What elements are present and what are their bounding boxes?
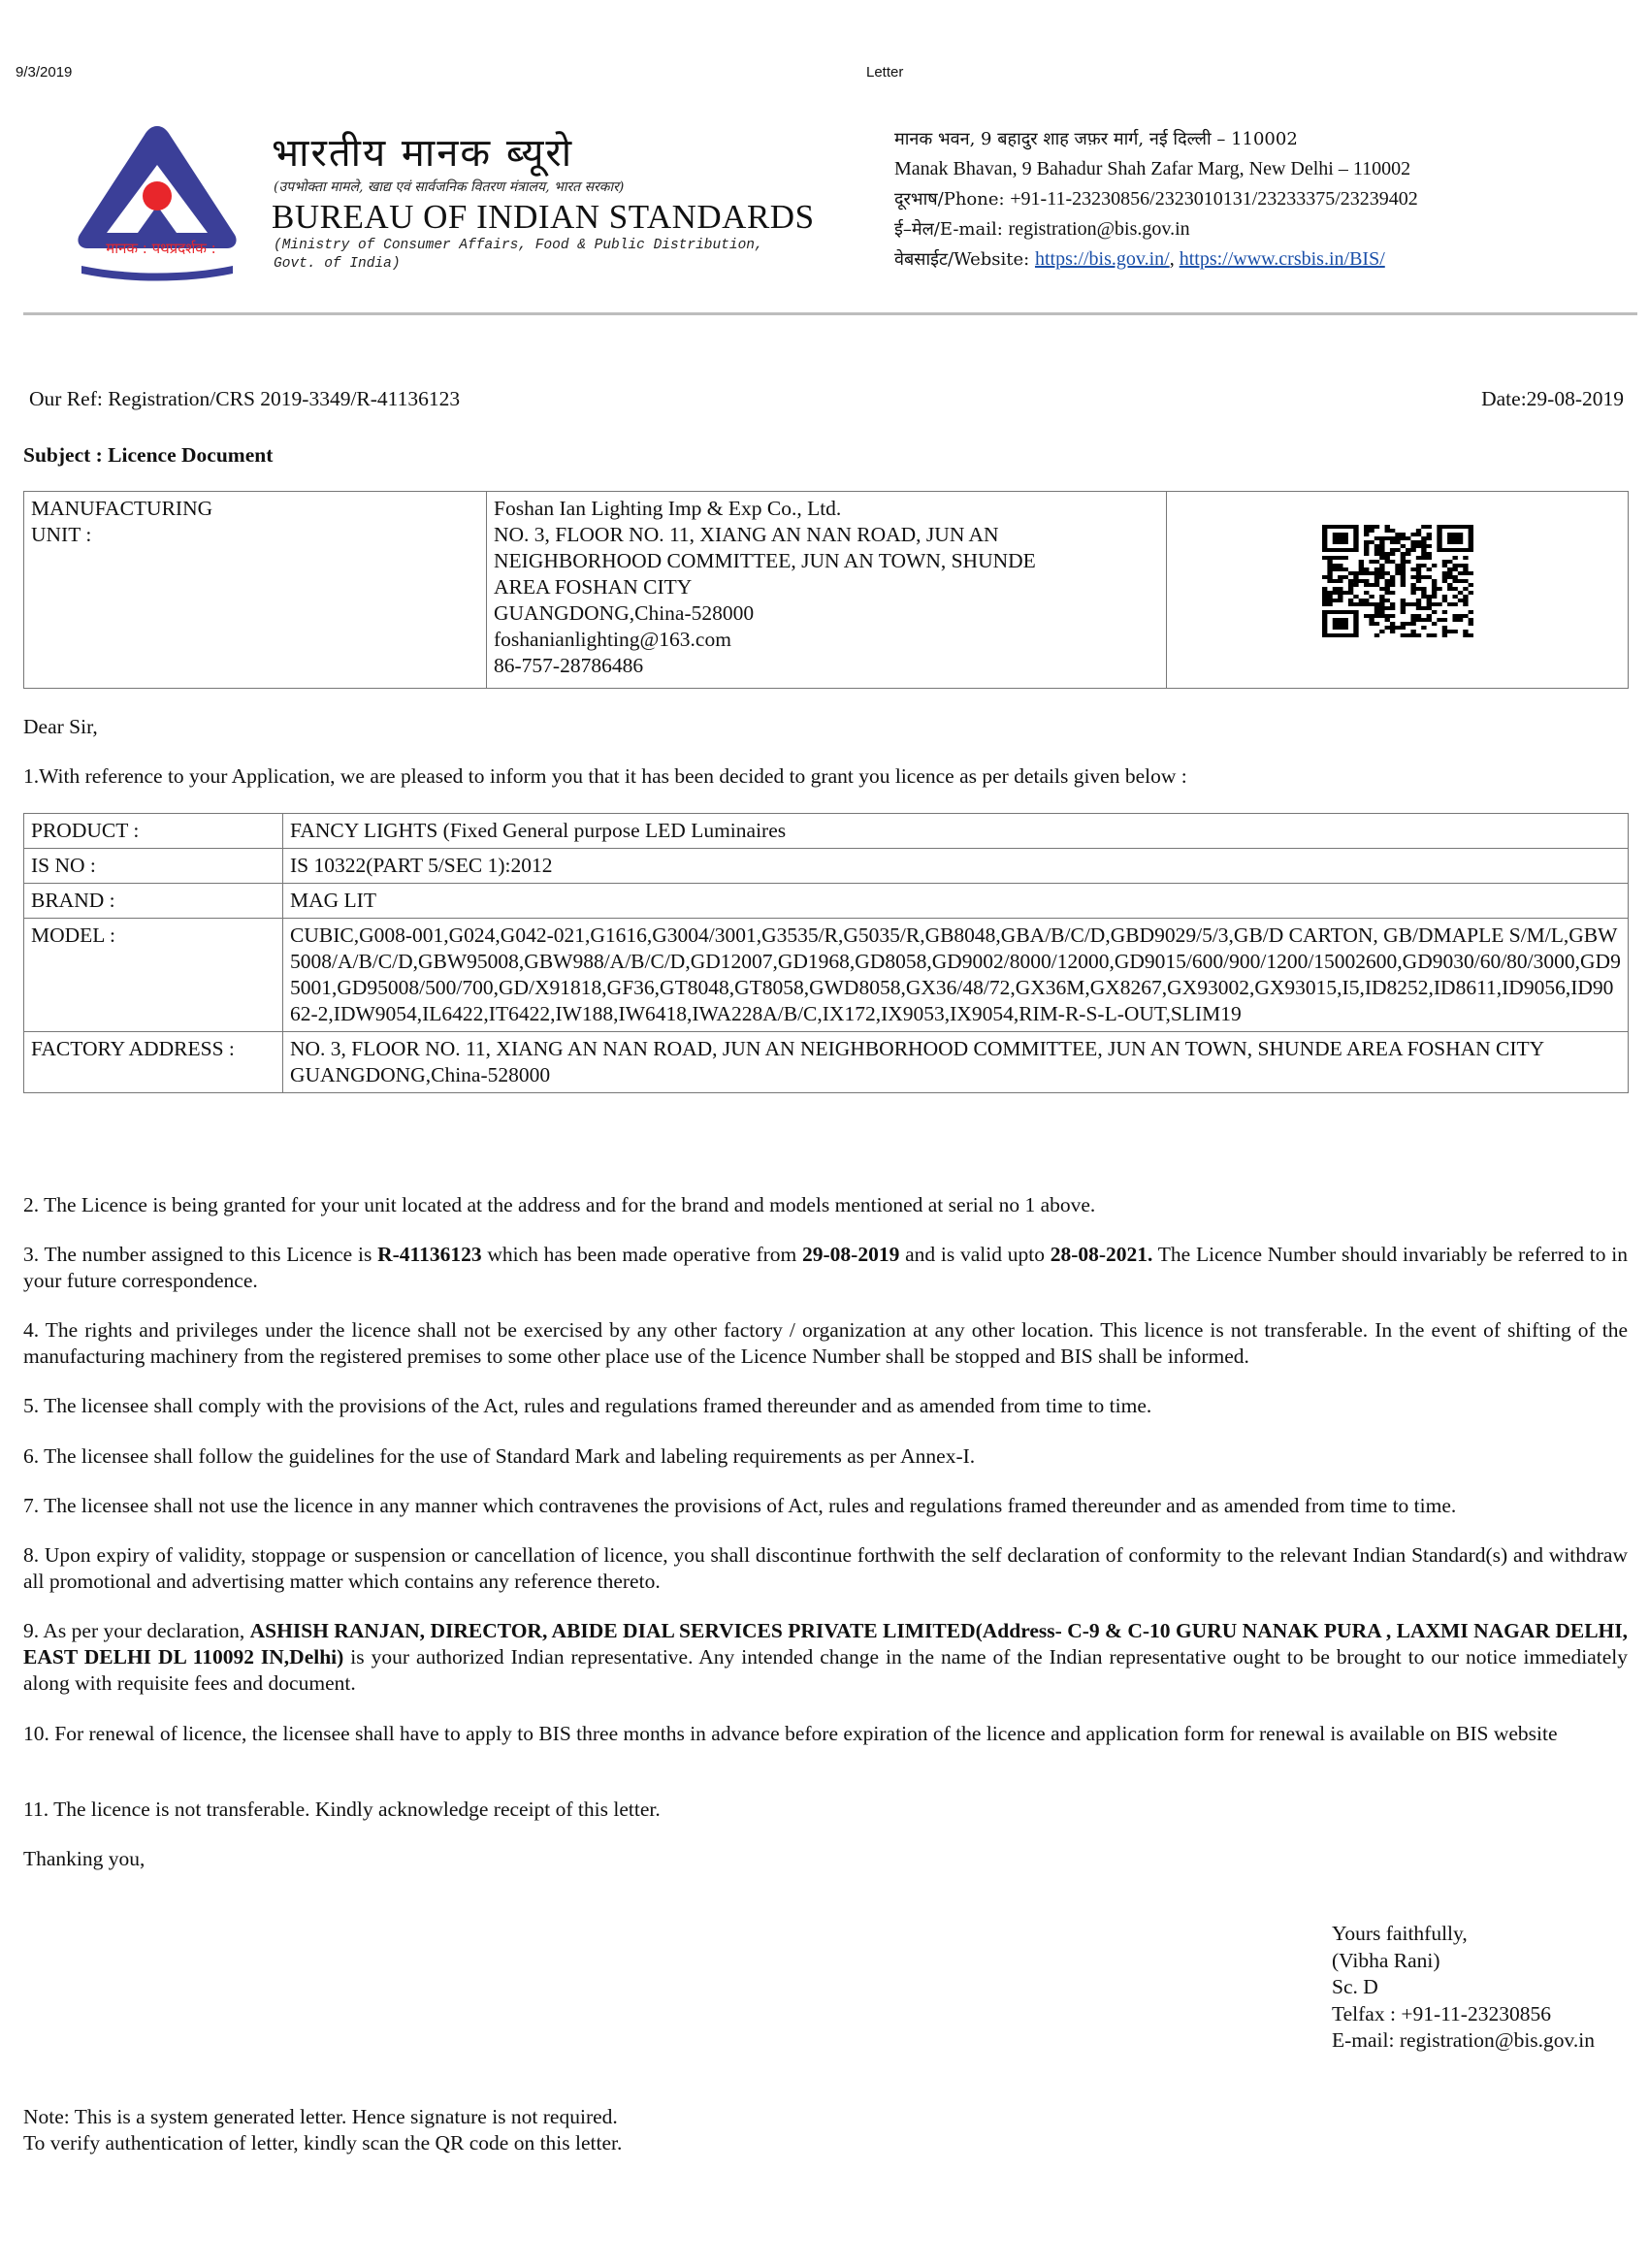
mfg-label-line-2: UNIT : <box>31 522 479 548</box>
product-label: PRODUCT : <box>24 814 283 849</box>
signatory-email: E-mail: registration@bis.gov.in <box>1332 2027 1595 2055</box>
factory-address-line-2: GUANGDONG,China-528000 <box>290 1062 1621 1088</box>
paragraph-9: 9. As per your declaration, ASHISH RANJA… <box>23 1618 1628 1697</box>
ministry-line: (Ministry of Consumer Affairs, Food & Pu… <box>274 237 763 274</box>
paragraph-6: 6. The licensee shall follow the guideli… <box>23 1443 1628 1470</box>
note-line-1: Note: This is a system generated letter.… <box>23 2104 622 2130</box>
print-date: 9/3/2019 <box>16 64 72 81</box>
paragraph-8: 8. Upon expiry of validity, stoppage or … <box>23 1542 1628 1595</box>
manufacturing-unit-table: MANUFACTURING UNIT : Foshan Ian Lighting… <box>23 491 1629 689</box>
paragraph-10: 10. For renewal of licence, the licensee… <box>23 1721 1628 1747</box>
logo-motto: मानक : पथप्रदर्शक : <box>83 239 239 258</box>
email-value: registration@bis.gov.in <box>1009 218 1190 240</box>
paragraph-3: 3. The number assigned to this Licence i… <box>23 1242 1628 1294</box>
manufacturing-unit-label: MANUFACTURING UNIT : <box>24 492 487 689</box>
p3-text: and is valid upto <box>899 1243 1050 1266</box>
signatory-name: (Vibha Rani) <box>1332 1948 1595 1975</box>
company-phone: 86-757-28786486 <box>494 653 1159 679</box>
contact-block: मानक भवन, 9 बहादुर शाह जफ़र मार्ग, नई दि… <box>894 124 1418 275</box>
bis-logo: मानक : पथप्रदर्शक : <box>70 118 244 283</box>
mfg-label-line-1: MANUFACTURING <box>31 496 479 522</box>
qr-cell <box>1167 492 1629 689</box>
factory-address-label: FACTORY ADDRESS : <box>24 1032 283 1093</box>
p3-text: 3. The number assigned to this Licence i… <box>23 1243 377 1266</box>
website-link-bis[interactable]: https://bis.gov.in/ <box>1035 248 1170 270</box>
address-english: Manak Bhavan, 9 Bahadur Shah Zafar Marg,… <box>894 154 1418 184</box>
is-no-value: IS 10322(PART 5/SEC 1):2012 <box>283 849 1629 884</box>
company-email: foshanianlighting@163.com <box>494 627 1159 653</box>
p3-text: which has been made operative from <box>482 1243 802 1266</box>
table-row: MODEL : CUBIC,G008-001,G024,G042-021,G16… <box>24 919 1629 1032</box>
valid-to: 28-08-2021. <box>1051 1243 1153 1266</box>
address-line: AREA FOSHAN CITY <box>494 574 1159 600</box>
factory-address-value: NO. 3, FLOOR NO. 11, XIANG AN NAN ROAD, … <box>283 1032 1629 1093</box>
phone-line: दूरभाष/Phone: +91-11-23230856/2323010131… <box>894 184 1418 214</box>
model-label: MODEL : <box>24 919 283 1032</box>
letter-date: Date:29-08-2019 <box>1481 386 1624 412</box>
product-value: FANCY LIGHTS (Fixed General purpose LED … <box>283 814 1629 849</box>
phone-label: दूरभाष/Phone: <box>894 189 1010 210</box>
brand-label: BRAND : <box>24 884 283 919</box>
email-label: ई–मेल/E-mail: <box>894 219 1009 240</box>
subject: Subject : Licence Document <box>23 442 273 469</box>
hindi-title: भारतीय मानक ब्यूरो <box>272 124 573 178</box>
paragraph-2: 2. The Licence is being granted for your… <box>23 1192 1628 1218</box>
p9-text: 9. As per your declaration, <box>23 1619 250 1642</box>
bis-logo-icon <box>70 118 244 283</box>
licence-details-table: PRODUCT : FANCY LIGHTS (Fixed General pu… <box>23 813 1629 1093</box>
our-ref: Our Ref: Registration/CRS 2019-3349/R-41… <box>29 386 460 412</box>
factory-address-line-1: NO. 3, FLOOR NO. 11, XIANG AN NAN ROAD, … <box>290 1036 1621 1062</box>
ministry-line-2: Govt. of India) <box>274 255 763 274</box>
signatory-designation: Sc. D <box>1332 1974 1595 2001</box>
table-row: BRAND : MAG LIT <box>24 884 1629 919</box>
valid-from: 29-08-2019 <box>802 1243 899 1266</box>
address-line: NO. 3, FLOOR NO. 11, XIANG AN NAN ROAD, … <box>494 522 1159 548</box>
brand-value: MAG LIT <box>283 884 1629 919</box>
is-no-label: IS NO : <box>24 849 283 884</box>
intro-paragraph: 1.With reference to your Application, we… <box>23 763 1187 790</box>
website-separator: , <box>1170 248 1180 270</box>
address-line: NEIGHBORHOOD COMMITTEE, JUN AN TOWN, SHU… <box>494 548 1159 574</box>
email-line: ई–मेल/E-mail: registration@bis.gov.in <box>894 214 1418 244</box>
table-row: FACTORY ADDRESS : NO. 3, FLOOR NO. 11, X… <box>24 1032 1629 1093</box>
footer-note: Note: This is a system generated letter.… <box>23 2104 622 2156</box>
manufacturing-unit-details: Foshan Ian Lighting Imp & Exp Co., Ltd. … <box>487 492 1167 689</box>
table-row: IS NO : IS 10322(PART 5/SEC 1):2012 <box>24 849 1629 884</box>
address-line: GUANGDONG,China-528000 <box>494 600 1159 627</box>
company-name: Foshan Ian Lighting Imp & Exp Co., Ltd. <box>494 496 1159 522</box>
paragraph-4: 4. The rights and privileges under the l… <box>23 1317 1628 1370</box>
sign-off: Yours faithfully, <box>1332 1921 1595 1948</box>
signature-block: Yours faithfully, (Vibha Rani) Sc. D Tel… <box>1332 1921 1595 2055</box>
paragraph-7: 7. The licensee shall not use the licenc… <box>23 1493 1628 1519</box>
website-link-crsbis[interactable]: https://www.crsbis.in/BIS/ <box>1180 248 1385 270</box>
closing: Thanking you, <box>23 1846 1628 1872</box>
header-divider <box>23 312 1637 315</box>
phone-value: +91-11-23230856/2323010131/23233375/2323… <box>1010 188 1418 210</box>
note-line-2: To verify authentication of letter, kind… <box>23 2130 622 2156</box>
print-title: Letter <box>866 64 903 81</box>
address-hindi: मानक भवन, 9 बहादुर शाह जफ़र मार्ग, नई दि… <box>894 124 1418 154</box>
paragraph-5: 5. The licensee shall comply with the pr… <box>23 1393 1628 1419</box>
qr-code-icon[interactable] <box>1322 525 1473 637</box>
website-line: वेबसाईट/Website: https://bis.gov.in/, ht… <box>894 244 1418 275</box>
licence-number: R-41136123 <box>377 1243 482 1266</box>
website-label: वेबसाईट/Website: <box>894 249 1035 270</box>
signatory-telfax: Telfax : +91-11-23230856 <box>1332 2001 1595 2028</box>
salutation: Dear Sir, <box>23 714 98 740</box>
paragraph-11: 11. The licence is not transferable. Kin… <box>23 1797 1628 1823</box>
table-row: PRODUCT : FANCY LIGHTS (Fixed General pu… <box>24 814 1629 849</box>
ministry-line-1: (Ministry of Consumer Affairs, Food & Pu… <box>274 237 763 255</box>
model-value: CUBIC,G008-001,G024,G042-021,G1616,G3004… <box>283 919 1629 1032</box>
english-title: BUREAU OF INDIAN STANDARDS <box>272 198 815 237</box>
hindi-subtitle: (उपभोक्ता मामले, खाद्य एवं सार्वजनिक वित… <box>274 178 624 196</box>
